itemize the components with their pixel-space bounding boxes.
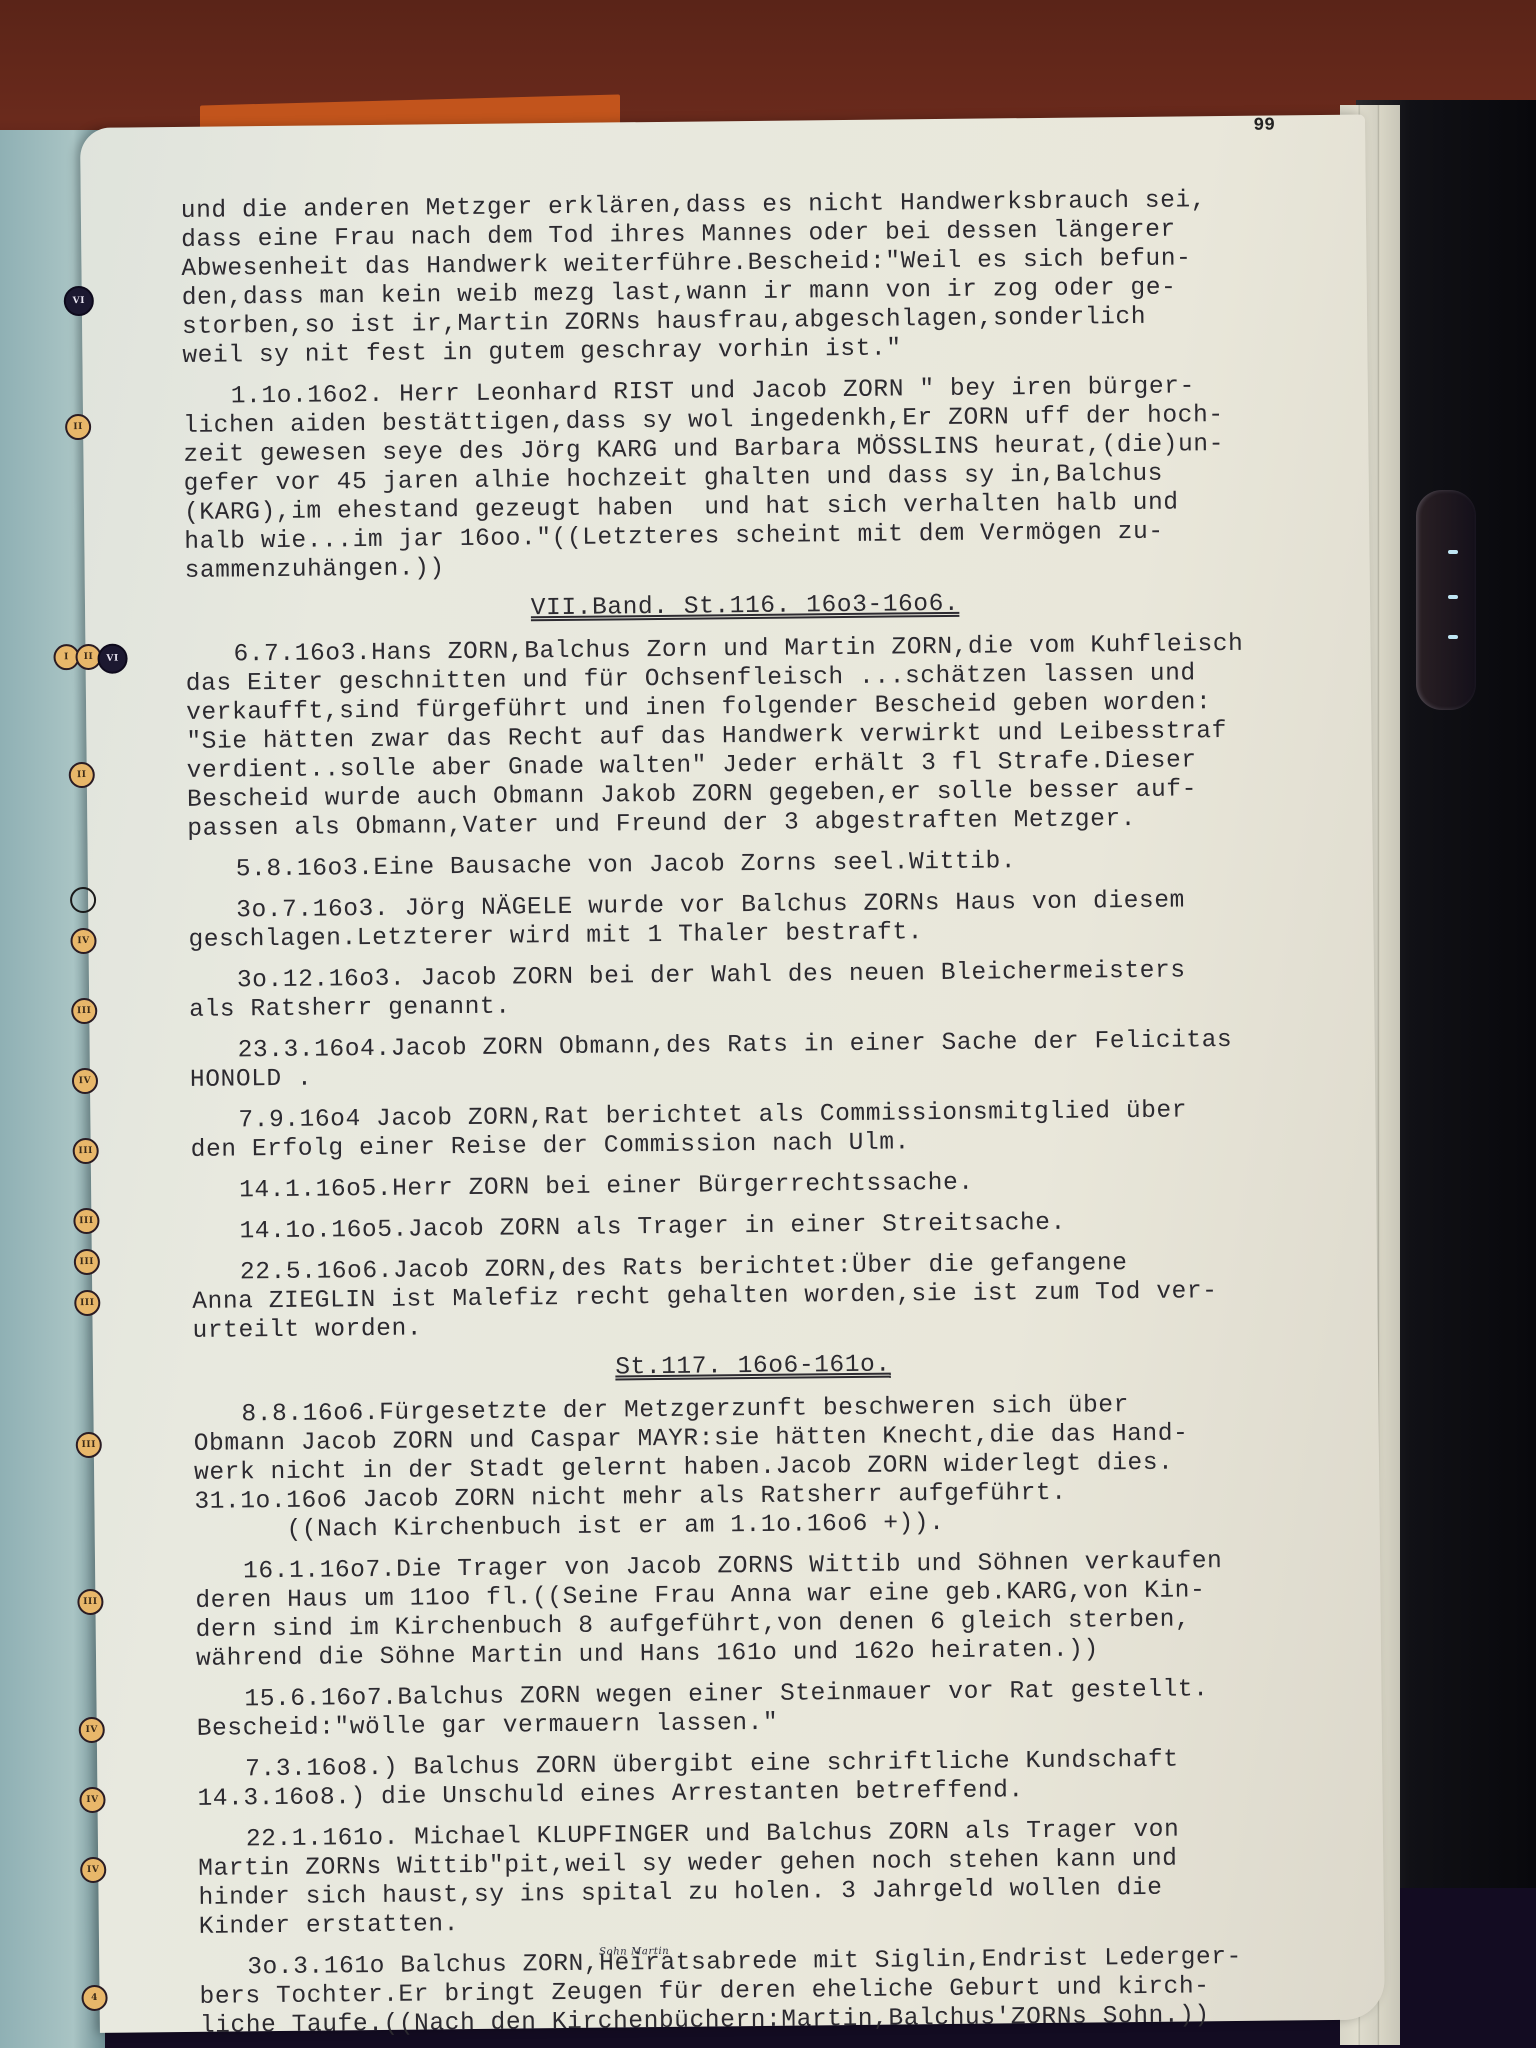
margin-symbol-icon: VI	[64, 286, 94, 316]
margin-symbol-icon: IV	[72, 1068, 98, 1094]
document-entry: III7.9.16o4 Jacob ZORN,Rat berichtet als…	[190, 1095, 1311, 1165]
document-entry: 4Sohn Martin3o.3.161o Balchus ZORN,Heira…	[199, 1942, 1320, 2041]
typewritten-text: VIund die anderen Metzger erklären,dass …	[181, 185, 1320, 2048]
margin-symbol-icon: VI	[97, 644, 127, 674]
section-2-entries: III8.8.16o6.Fürgesetzte der Metzgerzunft…	[193, 1389, 1320, 2041]
binder-clip	[1416, 490, 1476, 710]
document-entry: III14.1.16o5.Herr ZORN bei einer Bürgerr…	[191, 1165, 1311, 1206]
text-line: 14.1o.16o5.Jacob ZORN als Trager in eine…	[191, 1206, 1311, 1247]
document-entry: IV3o.7.16o3. Jörg NÄGELE wurde vor Balch…	[188, 885, 1309, 955]
margin-symbol-icon: IV	[80, 1857, 106, 1883]
section-1-entries: IIIVIII6.7.16o3.Hans ZORN,Balchus Zorn u…	[185, 629, 1312, 1346]
margin-symbol-icon: 4	[81, 1985, 107, 2011]
document-entry: IV22.1.161o. Michael KLUPFINGER und Balc…	[198, 1814, 1319, 1942]
document-entry: III16.1.16o7.Die Trager von Jacob ZORNS …	[195, 1546, 1316, 1674]
margin-symbol-icon	[70, 887, 96, 913]
handwritten-annotation: Sohn Martin	[599, 1937, 669, 1967]
intro-entries: VIund die anderen Metzger erklären,dass …	[181, 185, 1305, 586]
text-line: 14.1.16o5.Herr ZORN bei einer Bürgerrech…	[191, 1165, 1311, 1206]
document-entry: III14.1o.16o5.Jacob ZORN als Trager in e…	[191, 1206, 1311, 1247]
margin-symbol-icon: IV	[70, 928, 96, 954]
margin-symbol-icon: II	[65, 414, 91, 440]
document-entry: IIIVIII6.7.16o3.Hans ZORN,Balchus Zorn u…	[185, 629, 1307, 844]
page-number: 99	[1253, 115, 1275, 135]
margin-symbol-icon: IV	[79, 1717, 105, 1743]
document-entry: III3o.12.16o3. Jacob ZORN bei der Wahl d…	[189, 955, 1310, 1025]
margin-symbol-icon: III	[71, 998, 97, 1024]
margin-symbol-icon: III	[73, 1138, 99, 1164]
section-heading-band-vii: VII.Band. St.116. 16o3-16o6.	[185, 586, 1305, 627]
margin-symbol-icon: III	[73, 1208, 99, 1234]
margin-symbol-icon: II	[69, 762, 95, 788]
document-entry: IV15.6.16o7.Balchus ZORN wegen einer Ste…	[196, 1674, 1317, 1744]
section-heading-st-117: St.117. 16o6-161o.	[193, 1346, 1313, 1387]
margin-symbol-icon: III	[77, 1589, 103, 1615]
margin-symbol-icon: III	[74, 1249, 100, 1275]
document-entry: 5.8.16o3.Eine Bausache von Jacob Zorns s…	[188, 844, 1308, 885]
margin-symbol-icon: III	[76, 1432, 102, 1458]
document-entry: III8.8.16o6.Fürgesetzte der Metzgerzunft…	[193, 1389, 1314, 1546]
document-entry: II1.1o.16o2. Herr Leonhard RIST und Jaco…	[183, 371, 1305, 586]
document-entry: IV7.3.16o8.) Balchus ZORN übergibt eine …	[197, 1744, 1318, 1814]
document-entry: IV23.3.16o4.Jacob ZORN Obmann,des Rats i…	[190, 1025, 1311, 1095]
margin-symbol-icon: IV	[79, 1787, 105, 1813]
document-entry: VIund die anderen Metzger erklären,dass …	[181, 185, 1303, 371]
text-line: 5.8.16o3.Eine Bausache von Jacob Zorns s…	[188, 844, 1308, 885]
document-page: 99 VIund die anderen Metzger erklären,da…	[80, 115, 1385, 2033]
margin-symbol-icon: III	[74, 1290, 100, 1316]
document-entry: III22.5.16o6.Jacob ZORN,des Rats bericht…	[192, 1247, 1313, 1346]
